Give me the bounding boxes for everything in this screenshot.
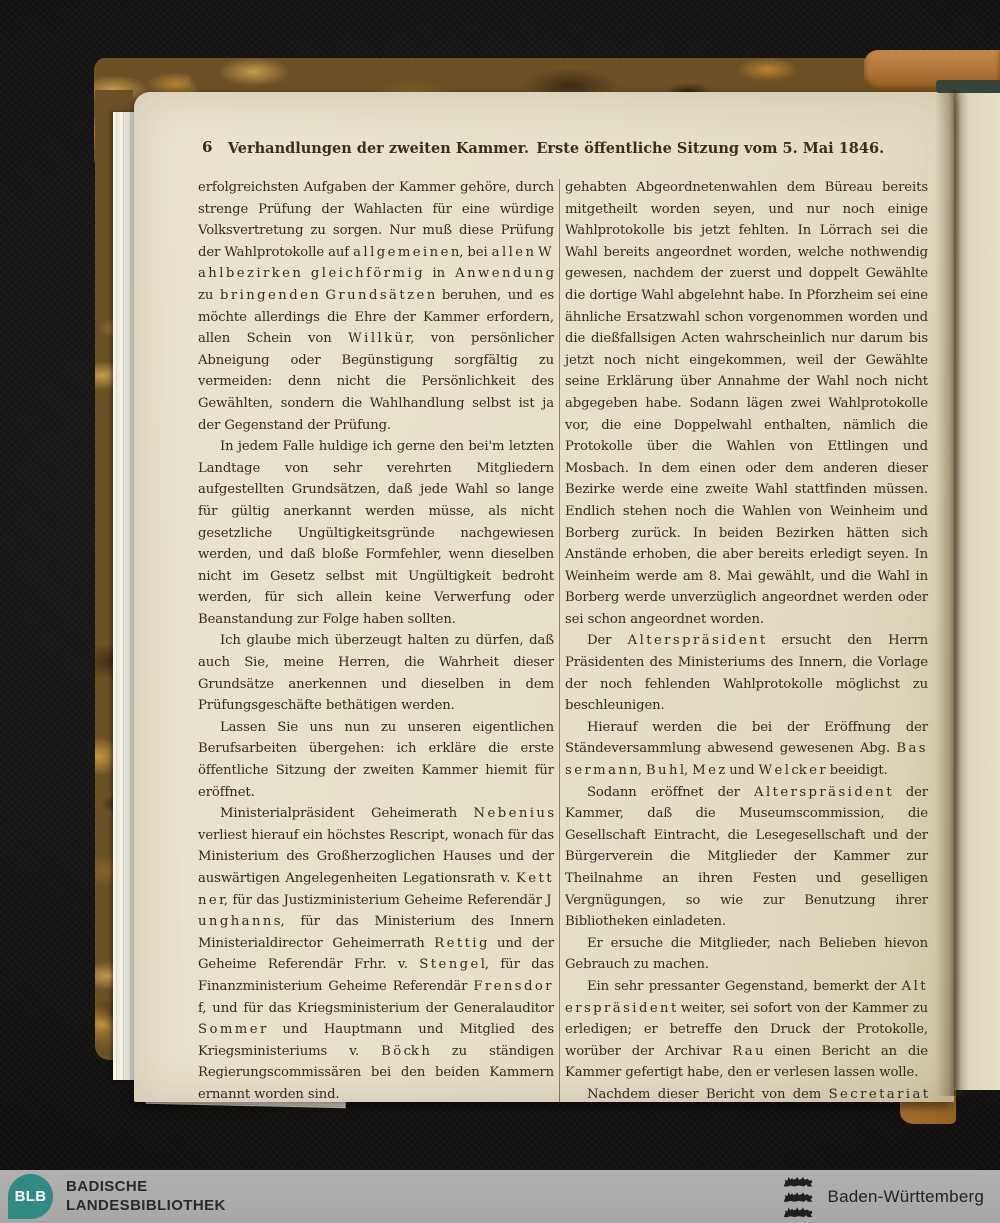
text-paragraph: erfolgreichsten Aufgaben der Kammer gehö… xyxy=(198,177,554,436)
text-columns: erfolgreichsten Aufgaben der Kammer gehö… xyxy=(198,177,928,1102)
text-paragraph: Ministerialpräsident Geheimerath N e b e… xyxy=(198,803,554,1102)
scan-viewer-canvas: 6 Verhandlungen der zweiten Kammer. Erst… xyxy=(0,0,1000,1223)
baden-wuerttemberg-lions-icon xyxy=(780,1174,816,1220)
text-paragraph: Der A l t e r s p r ä s i d e n t ersuch… xyxy=(565,630,928,716)
text-paragraph: Er ersuche die Mitglieder, nach Belieben… xyxy=(565,933,928,976)
library-name: BADISCHE LANDESBIBLIOTHEK xyxy=(66,1178,226,1216)
blb-branding: BLB BADISCHE LANDESBIBLIOTHEK xyxy=(8,1174,226,1219)
text-paragraph: Ein sehr pressanter Gegenstand, bemerkt … xyxy=(565,976,928,1084)
text-paragraph: gehabten Abgeordnetenwahlen dem Büreau b… xyxy=(565,177,928,630)
right-column: gehabten Abgeordnetenwahlen dem Büreau b… xyxy=(565,177,928,1102)
blb-logo-icon: BLB xyxy=(8,1174,53,1219)
text-paragraph: Ich glaube mich überzeugt halten zu dürf… xyxy=(198,630,554,716)
column-divider-rule xyxy=(559,179,560,1102)
text-paragraph: Sodann eröffnet der A l t e r s p r ä s … xyxy=(565,782,928,933)
book-headband xyxy=(936,80,1000,93)
text-paragraph: In jedem Falle huldige ich gerne den bei… xyxy=(198,436,554,630)
page-header: 6 Verhandlungen der zweiten Kammer. Erst… xyxy=(198,138,914,157)
facing-page-sliver xyxy=(954,88,1000,1090)
blb-logo-text: BLB xyxy=(15,1188,47,1205)
text-paragraph: Lassen Sie uns nun zu unseren eigentlich… xyxy=(198,717,554,803)
library-name-line1: BADISCHE xyxy=(66,1178,226,1197)
library-footer-banner: BLB BADISCHE LANDESBIBLIOTHEK Baden-Würt… xyxy=(0,1170,1000,1223)
book-page: 6 Verhandlungen der zweiten Kammer. Erst… xyxy=(134,92,954,1102)
page-number: 6 xyxy=(202,138,212,156)
text-paragraph: Hierauf werden die bei der Eröffnung der… xyxy=(565,717,928,782)
text-paragraph: Nachdem dieser Bericht von dem S e c r e… xyxy=(565,1084,928,1102)
left-column: erfolgreichsten Aufgaben der Kammer gehö… xyxy=(198,177,554,1102)
state-name: Baden-Württemberg xyxy=(828,1187,984,1207)
library-name-line2: LANDESBIBLIOTHEK xyxy=(66,1197,226,1216)
state-branding: Baden-Württemberg xyxy=(780,1174,984,1220)
running-title: Verhandlungen der zweiten Kammer. Erste … xyxy=(228,140,884,157)
